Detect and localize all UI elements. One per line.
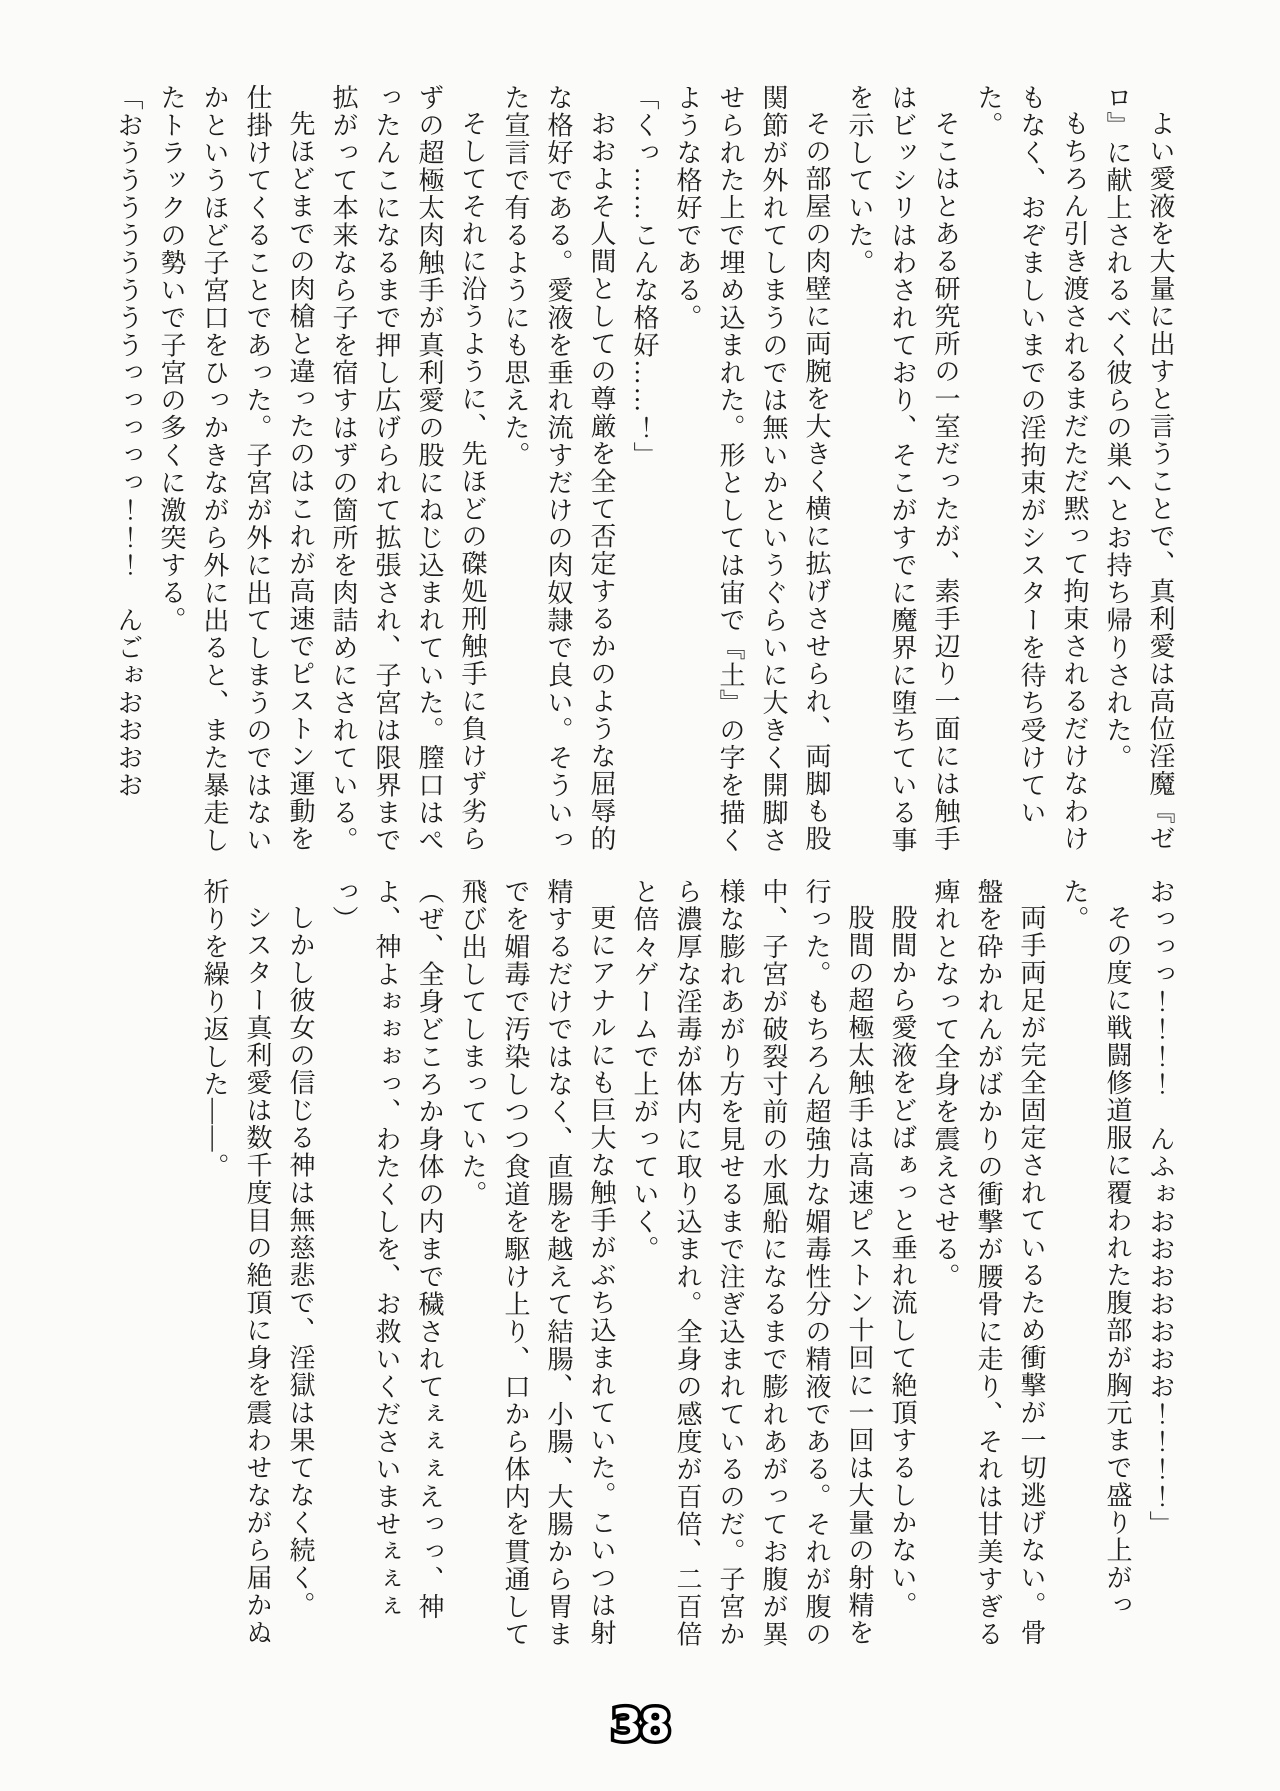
scanned-novel-page: よい愛液を大量に出すと言うことで、真利愛は高位淫魔『ゼロ』に献上されるべく彼らの… — [0, 0, 1280, 1791]
paragraph-thought: （ぜ、全身どころか身体の内まで穢されてぇぇぇえっっ、神よ、神よぉぉぉっ、わたくし… — [322, 878, 451, 1662]
paragraph: しかし彼女の信じる神は無慈悲で、淫獄は果てなく続く。 — [279, 878, 322, 1662]
paragraph: 先ほどまでの肉槍と違ったのはこれが高速でピストン運動を仕掛けてくることであった。… — [150, 84, 322, 864]
paragraph: シスター真利愛は数千度目の絶頂に身を震わせながら届かぬ祈りを繰り返した――。 — [193, 878, 279, 1662]
paragraph: 股間の超極太触手は高速ピストン十回に一回は大量の射精を行った。もちろん超強力な媚… — [623, 878, 881, 1662]
paragraph: よい愛液を大量に出すと言うことで、真利愛は高位淫魔『ゼロ』に献上されるべく彼らの… — [1096, 84, 1182, 864]
paragraph: 両手両足が完全固定されているため衝撃が一切逃げない。骨盤を砕かれんがばかりの衝撃… — [924, 878, 1053, 1662]
paragraph: そしてそれに沿うように、先ほどの磔処刑触手に負けず劣らずの超極太肉触手が真利愛の… — [322, 84, 494, 864]
paragraph: 股間から愛液をどばぁっと垂れ流して絶頂するしかない。 — [881, 878, 924, 1662]
paragraph: 更にアナルにも巨大な触手がぶち込まれていた。こいつは射精するだけではなく、直腸を… — [451, 878, 623, 1662]
paragraph-dialogue: 「おううううううううっっっっっ！！！ んごぉおおおお — [107, 84, 150, 864]
paragraph: もちろん引き渡されるまだただ黙って拘束されるだけなわけもなく、おぞましいまでの淫… — [967, 84, 1096, 864]
paragraph: その度に戦闘修道服に覆われた腹部が胸元まで盛り上がった。 — [1053, 878, 1139, 1662]
paragraph-dialogue: 「くっ……こんな格好……！」 — [623, 84, 666, 864]
paragraph: その部屋の肉壁に両腕を大きく横に拡げさせられ、両脚も股関節が外れてしまうのでは無… — [666, 84, 838, 864]
paragraph-dialogue: おっっっ！！！！ んふぉおおおおおおお！！！！」 — [1139, 878, 1182, 1662]
paragraph: おおよそ人間としての尊厳を全て否定するかのような屈辱的な格好である。愛液を垂れ流… — [494, 84, 623, 864]
text-band-upper: よい愛液を大量に出すと言うことで、真利愛は高位淫魔『ゼロ』に献上されるべく彼らの… — [107, 84, 1182, 864]
paragraph: そこはとある研究所の一室だったが、素手辺り一面には触手はビッシリはわされており、… — [838, 84, 967, 864]
page-number: 38 — [611, 1700, 668, 1751]
text-band-lower: おっっっ！！！！ んふぉおおおおおおお！！！！」 その度に戦闘修道服に覆われた腹… — [193, 878, 1182, 1662]
